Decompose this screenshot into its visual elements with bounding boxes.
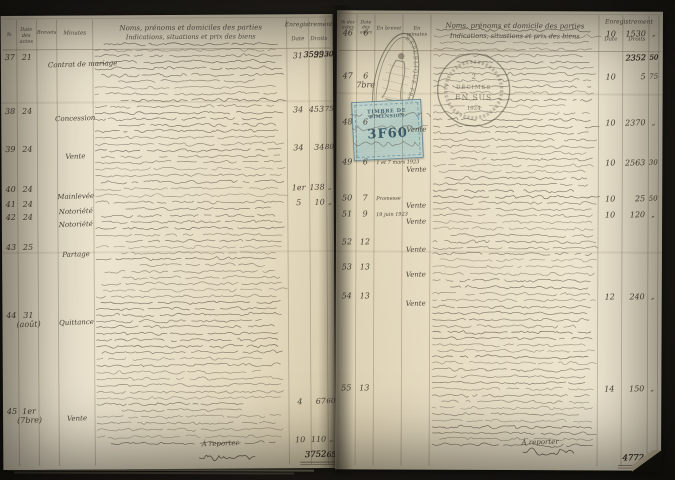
row-day: 24 — [18, 201, 38, 210]
row-day: 24 — [17, 146, 37, 155]
registration-cents: „ — [646, 212, 660, 220]
act-nature: Mainlevée — [49, 193, 103, 202]
row-number: 51 — [338, 210, 356, 219]
registration-cents: „ — [647, 31, 661, 39]
act-nature: Notoriété — [49, 208, 103, 217]
col-header-enr-droits: Droits — [307, 36, 331, 42]
registration-fee: 67 — [292, 398, 326, 408]
row-day: 21 — [17, 54, 37, 63]
registration-fee: 34 — [290, 144, 324, 154]
row-number: 49 — [338, 158, 356, 167]
act-nature: Vente — [389, 300, 443, 309]
row-day: 12 — [355, 238, 375, 247]
registration-cents: „ — [323, 184, 337, 192]
registration-fee: 25 — [611, 195, 645, 205]
col-header-parties: Noms, prénoms et domicile des parties — [431, 22, 599, 31]
row-day: 24 — [18, 214, 38, 223]
paper-crease — [336, 250, 662, 253]
registration-fee: 2563 — [611, 159, 645, 169]
registration-cents: 75 — [647, 74, 661, 82]
row-day: 13 — [355, 292, 375, 301]
paper-crease — [1, 100, 333, 104]
row-number: 53 — [338, 263, 356, 272]
col-header-enregistrement: Enregistrement — [599, 19, 659, 26]
registration-fee: 10 — [291, 199, 325, 209]
row-number: 50 — [338, 194, 356, 203]
col-header-minutes: En minutes — [403, 27, 431, 39]
row-day: 6 — [355, 158, 375, 167]
row-number: 46 — [339, 29, 357, 38]
col-header-enregistrement: Enregistrement — [285, 22, 333, 29]
row-day-note: (août) — [16, 320, 40, 330]
registration-fee: 150 — [610, 385, 644, 395]
col-header-parties: Noms, prénoms et domiciles des parties — [95, 23, 287, 32]
act-nature: Vente — [48, 153, 102, 162]
act-nature: Vente — [389, 126, 443, 135]
round-stamp-line: DÉCIMES — [456, 83, 491, 91]
col-header-numero: № — [3, 33, 16, 39]
round-stamp-line: 1924 — [467, 106, 482, 112]
row-number: 48 — [338, 118, 356, 127]
act-nature: Partage — [49, 251, 103, 260]
row-day: 24 — [17, 108, 37, 117]
row-day: 6 — [355, 118, 375, 127]
page-stack-edge — [14, 472, 294, 475]
ledger-page-right: RÉPUBLIQUE FRANÇAISE 6 2 DÉCIMES EN SUS … — [335, 10, 663, 470]
registration-fee: 110 — [292, 436, 326, 446]
row-day: 9 — [355, 210, 375, 219]
carry-forward-label: À reporter — [185, 440, 255, 450]
paper-crease — [337, 92, 663, 95]
registration-cents: 30 — [646, 160, 660, 168]
act-nature: Vente — [389, 202, 443, 211]
page-total-droits: 3752 — [290, 451, 326, 462]
registration-cents: 75 — [322, 106, 336, 114]
col-header-date: Date des actes — [16, 28, 37, 45]
registration-fee: 453 — [290, 106, 324, 116]
row-day: 24 — [18, 186, 38, 195]
row-day-note: 7bre — [354, 81, 378, 90]
registration-cents: „ — [645, 386, 659, 394]
act-nature: Contrat de mariage — [48, 61, 102, 70]
row-day: 7 — [355, 194, 375, 203]
registration-fee: 1530 — [612, 30, 646, 40]
act-nature: Vente — [389, 166, 443, 175]
carried-forward-droits: 2352 — [612, 54, 646, 64]
handwriting-ink-layer — [1, 14, 336, 470]
row-number: 54 — [338, 292, 356, 301]
col-header-indications: Indications, situations et prix des bien… — [95, 33, 287, 42]
col-header-brevet: En brevet — [375, 26, 403, 32]
registration-cents: „ — [323, 199, 337, 207]
row-day: 25 — [18, 244, 38, 253]
round-stamp-line: 2 — [471, 73, 476, 81]
registration-fee: 120 — [611, 211, 645, 221]
act-nature: Notoriété — [49, 221, 103, 230]
registration-cents: 80 — [322, 144, 336, 152]
col-header-minutes: Minutes — [57, 30, 93, 37]
row-number: 55 — [337, 384, 355, 393]
col-header-brevets: Brevets — [37, 31, 57, 37]
registration-fee: 5 — [612, 73, 646, 83]
row-day: 13 — [355, 263, 375, 272]
registration-fee: 138 — [291, 184, 325, 194]
row-day: 13 — [354, 384, 374, 393]
registration-cents: „ — [646, 294, 660, 302]
row-number: 47 — [339, 72, 357, 81]
ledger-photo: № Date des actes Brevets Minutes Noms, p… — [0, 0, 675, 480]
act-nature: Vente — [389, 246, 443, 255]
registration-cents: 50 — [646, 196, 660, 204]
carried-forward-cents: 50 — [647, 55, 661, 63]
carried-forward-droits: 3599 — [290, 51, 324, 61]
registration-fee: 2370 — [611, 119, 645, 129]
col-header-enr-date: Date — [287, 36, 309, 42]
carry-forward-label: À reporter — [505, 438, 575, 447]
act-nature: Vente — [389, 271, 443, 280]
col-header-indications: Indications, situations et prix des bien… — [431, 33, 599, 41]
registration-fee: 240 — [611, 293, 645, 303]
carried-forward-cents: 30 — [322, 51, 336, 59]
decimes-en-sus-round-stamp: 2 DÉCIMES EN SUS 1924 — [430, 47, 516, 133]
act-nature: Vente — [50, 415, 104, 424]
act-nature: Quittance — [49, 319, 103, 328]
registration-cents: „ — [646, 120, 660, 128]
ledger-page-left: № Date des actes Brevets Minutes Noms, p… — [1, 14, 336, 470]
act-nature: Concession — [48, 115, 102, 124]
row-day: 6 — [356, 29, 376, 38]
row-day-note: (7bre) — [17, 416, 41, 426]
act-nature: Vente — [389, 218, 443, 227]
row-number: 52 — [338, 238, 356, 247]
